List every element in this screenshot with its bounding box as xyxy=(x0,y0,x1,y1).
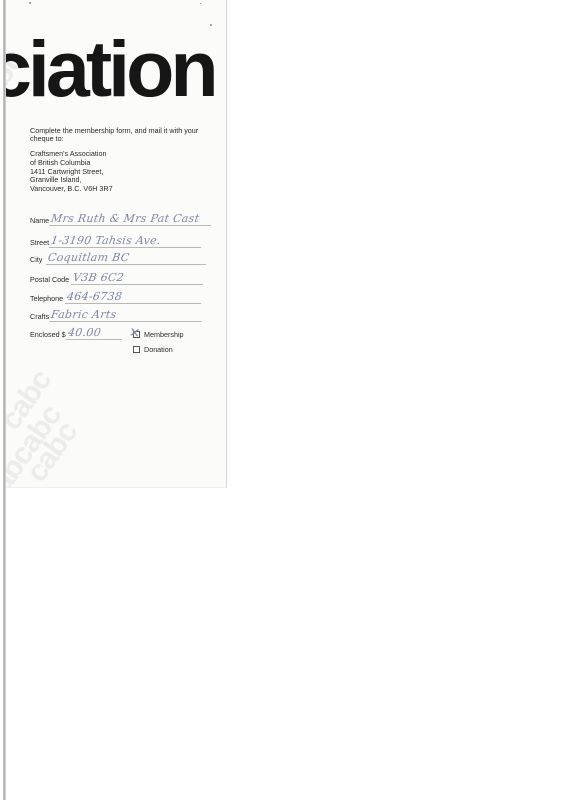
membership-checkbox[interactable]: ✕ xyxy=(133,331,140,338)
name-label: Name xyxy=(30,217,49,226)
postal-code-input[interactable]: V3B 6C2 xyxy=(71,270,203,285)
watermark-logo: cabc xyxy=(6,442,37,488)
watermark-logo: cabc xyxy=(6,367,55,434)
donation-label: Donation xyxy=(144,345,173,354)
enclosed-amount-value: 40.00 xyxy=(67,326,102,339)
membership-label: Membership xyxy=(144,330,184,339)
watermark-logo: cabc xyxy=(24,419,81,486)
scan-speck xyxy=(200,3,201,4)
membership-option[interactable]: ✕ Membership xyxy=(133,330,184,339)
membership-form-card: bc cabc cabc cabc cabc ciation Complete … xyxy=(6,0,227,488)
crafts-field: Crafts Fabric Arts xyxy=(30,308,202,322)
telephone-label: Telephone xyxy=(30,295,63,304)
crafts-value: Fabric Arts xyxy=(50,308,117,321)
street-input[interactable]: 1-3190 Tahsis Ave. xyxy=(49,233,201,248)
street-label: Street xyxy=(30,239,49,248)
check-x-icon: ✕ xyxy=(128,326,141,340)
street-field: Street 1-3190 Tahsis Ave. xyxy=(30,234,201,248)
telephone-field: Telephone 464-6738 xyxy=(30,290,201,304)
street-value: 1-3190 Tahsis Ave. xyxy=(50,234,162,247)
city-label: City xyxy=(30,256,42,265)
city-input[interactable]: Coquitlam BC xyxy=(46,250,206,265)
donation-option[interactable]: Donation xyxy=(133,345,173,354)
postal-code-field: Postal Code V3B 6C2 xyxy=(30,271,203,285)
watermark-logo: cabc xyxy=(8,402,65,469)
donation-checkbox[interactable] xyxy=(133,346,140,353)
city-value: Coquitlam BC xyxy=(47,251,130,264)
city-field: City Coquitlam BC xyxy=(30,251,206,265)
telephone-input[interactable]: 464-6738 xyxy=(65,289,201,304)
enclosed-amount-input[interactable]: 40.00 xyxy=(66,325,122,340)
enclosed-amount-field: Enclosed $ 40.00 xyxy=(30,326,122,340)
mailing-address: Craftsmen's Association of British Colum… xyxy=(30,150,113,194)
enclosed-label: Enclosed $ xyxy=(30,331,66,340)
name-value: Mrs Ruth & Mrs Pat Cast xyxy=(50,212,200,225)
crafts-label: Crafts xyxy=(30,313,49,322)
name-field: Name Mrs Ruth & Mrs Pat Cast xyxy=(30,212,211,226)
postal-code-value: V3B 6C2 xyxy=(72,271,125,284)
intro-instructions: Complete the membership form, and mail i… xyxy=(30,127,220,144)
postal-code-label: Postal Code xyxy=(30,276,69,285)
crafts-input[interactable]: Fabric Arts xyxy=(49,307,202,322)
address-line: Vancouver, B.C. V6H 3R7 xyxy=(30,185,113,194)
name-input[interactable]: Mrs Ruth & Mrs Pat Cast xyxy=(49,211,211,226)
scan-speck xyxy=(29,2,31,4)
headline-title: ciation xyxy=(6,29,215,108)
telephone-value: 464-6738 xyxy=(66,290,123,303)
